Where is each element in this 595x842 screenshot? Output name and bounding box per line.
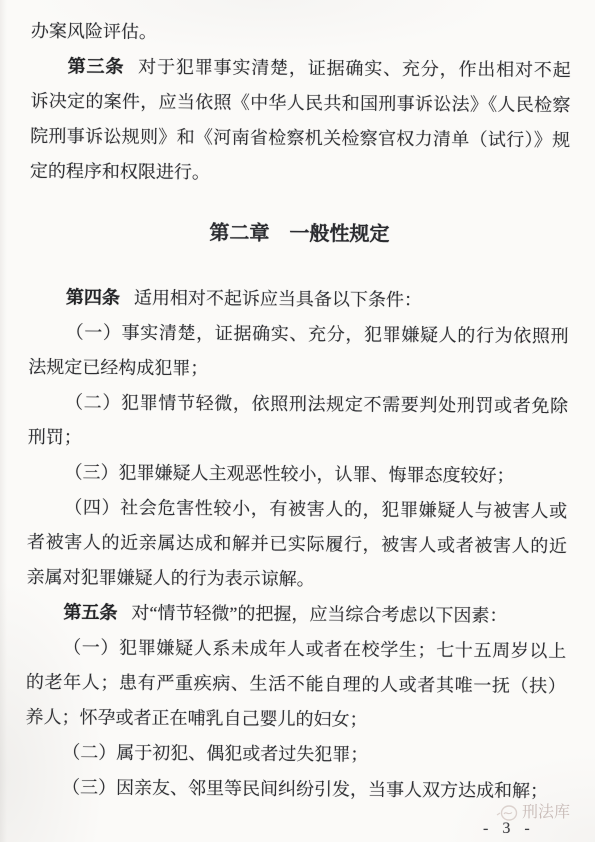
body-text-line: 的老年人；患有严重疾病、生活不能自理的人或者其唯一抚（扶） <box>26 665 566 704</box>
document-body: 办案风险评估。 第三条对于犯罪事实清楚，证据确实、充分，作出相对不起 诉决定的案… <box>25 14 571 809</box>
article-number: 第四条 <box>66 287 120 307</box>
body-text-line: 定的程序和权限进行。 <box>30 154 570 193</box>
body-text-line: （一）犯罪嫌疑人系未成年人或者在校学生；七十五周岁以上 <box>26 630 566 669</box>
body-text-line: 法规定已经构成犯罪； <box>28 350 568 389</box>
body-text-line: （一）事实清楚，证据确实、充分，犯罪嫌疑人的行为依照刑 <box>28 315 568 354</box>
page-number: - 3 - <box>483 820 534 838</box>
article-5-paragraph: 第五条对“情节轻微”的把握，应当综合考虑以下因素： <box>26 595 566 634</box>
body-text-line: 诉决定的案件，应当依照《中华人民共和国刑事诉讼法》《人民检察 <box>30 84 570 123</box>
body-text-line: 养人；怀孕或者正在哺乳自己婴儿的妇女； <box>25 700 565 739</box>
body-text-line: 办案风险评估。 <box>31 14 571 53</box>
chapter-heading: 第二章一般性规定 <box>29 215 569 254</box>
body-text-line: （二）属于初犯、偶犯或者过失犯罪； <box>25 735 565 774</box>
article-3-paragraph: 第三条对于犯罪事实清楚，证据确实、充分，作出相对不起 <box>31 49 571 88</box>
chapter-number: 第二章 <box>209 222 269 244</box>
scanned-document-page: 办案风险评估。 第三条对于犯罪事实清楚，证据确实、充分，作出相对不起 诉决定的案… <box>0 0 595 842</box>
body-text: 对“情节轻微”的把握，应当综合考虑以下因素： <box>131 603 507 626</box>
body-text: 对于犯罪事实清楚，证据确实、充分，作出相对不起 <box>138 57 571 80</box>
body-text-line: 者被害人的近亲属达成和解并已实际履行，被害人或者被害人的近 <box>27 525 567 564</box>
body-text-line: 刑罚； <box>28 420 568 459</box>
body-text-line: 亲属对犯罪嫌疑人的行为表示谅解。 <box>27 560 567 599</box>
body-text-line: （二）犯罪情节轻微，依照刑法规定不需要判处刑罚或者免除 <box>28 385 568 424</box>
article-4-paragraph: 第四条适用相对不起诉应当具备以下条件： <box>29 280 569 319</box>
body-text-line: （三）犯罪嫌疑人主观恶性较小，认罪、悔罪态度较好； <box>27 455 567 494</box>
body-text: 适用相对不起诉应当具备以下条件： <box>134 288 422 310</box>
body-text-line: （四）社会危害性较小，有被害人的，犯罪嫌疑人与被害人或 <box>27 490 567 529</box>
body-text-line: （三）因亲友、邻里等民间纠纷引发，当事人双方达成和解； <box>25 770 565 809</box>
article-number: 第三条 <box>68 56 125 76</box>
body-text-line: 院刑事诉讼规则》和《河南省检察机关检察官权力清单（试行）》规 <box>30 119 570 158</box>
article-number: 第五条 <box>63 602 117 622</box>
chapter-title: 一般性规定 <box>289 223 389 246</box>
